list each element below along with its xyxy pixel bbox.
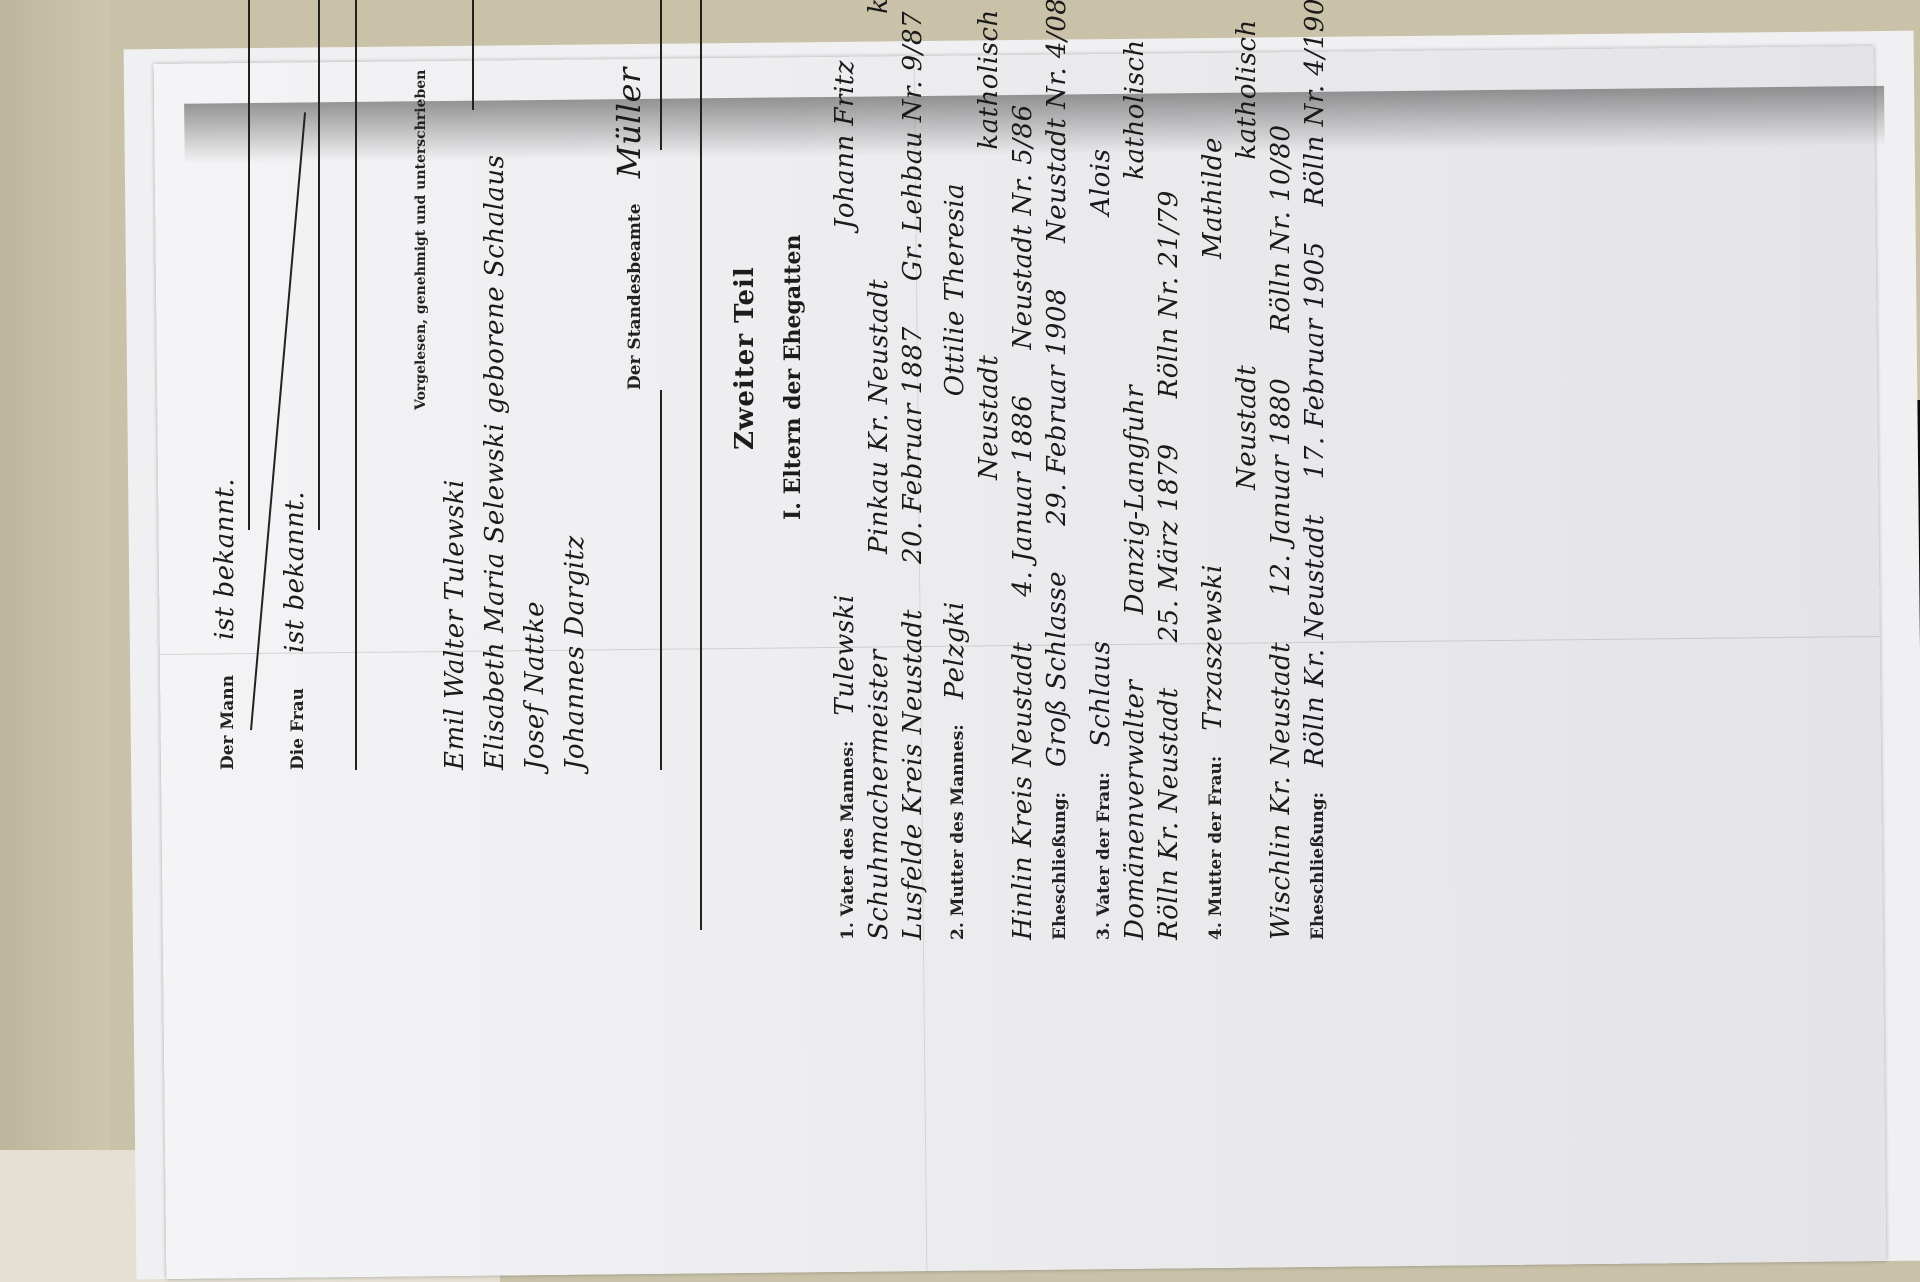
parent-surname: Tulewski — [830, 594, 860, 715]
underline — [318, 0, 320, 530]
parent-2-marriage: Eheschließung: Groß Schlasse 29. Februar… — [1042, 0, 1072, 940]
parent-label: 2. Mutter des Mannes: — [948, 724, 968, 940]
underline — [472, 0, 474, 110]
parent-surname: Trzaszewski — [1198, 564, 1228, 731]
woman-row: Die Frau ist bekannt. — [280, 491, 310, 770]
parent-1-line3: Lusfelde Kreis Neustadt 20. Februar 1887… — [898, 11, 928, 940]
parent-surname: Schlaus — [1086, 641, 1116, 748]
parent-label: 1. Vater des Mannes: — [838, 741, 858, 940]
parent-residence: Neustadt — [974, 355, 1004, 480]
parent-label: 4. Mutter der Frau: — [1206, 756, 1226, 940]
parent-3-line3: Rölln Kr. Neustadt 25. März 1879 Rölln N… — [1154, 190, 1184, 940]
parent-1: 1. Vater des Mannes: Tulewski Johann Fri… — [830, 60, 860, 940]
man-label: Der Mann — [218, 675, 238, 770]
underline — [355, 0, 357, 770]
woman-value: ist bekannt. — [280, 491, 310, 653]
parent-birthplace: Rölln Kr. Neustadt — [1154, 687, 1184, 940]
read-label-row: Vorgelesen, genehmigt und unterschrieben — [410, 70, 429, 410]
parent-label: 3. Vater der Frau: — [1094, 772, 1114, 940]
section-title: I. Eltern der Ehegatten — [780, 235, 806, 520]
rule — [700, 0, 702, 930]
parent-registry: Neustadt Nr. 5/86 — [1008, 104, 1038, 349]
registrar-label: Der Standesbeamte — [625, 203, 645, 390]
marriage-registry: Rölln Nr. 4/1905 — [1300, 0, 1330, 206]
parent-birthplace: Hinlin Kreis Neustadt — [1008, 642, 1038, 940]
parent-registry: Gr. Lehbau Nr. 9/87 — [898, 11, 928, 281]
woman-label: Die Frau — [288, 688, 308, 770]
parent-religion: katholisch — [864, 0, 894, 14]
marriage-place: Rölln Kr. Neustadt — [1300, 514, 1330, 767]
parent-birthdate: 25. März 1879 — [1154, 443, 1184, 642]
parent-religion: katholisch — [974, 9, 1004, 149]
parent-3: 3. Vater der Frau: Schlaus Alois — [1086, 149, 1116, 940]
parent-4-line2: Neustadt katholisch — [1232, 19, 1262, 940]
marriage-date: 29. Februar 1908 — [1042, 288, 1072, 526]
parent-birthplace: Lusfelde Kreis Neustadt — [898, 609, 928, 940]
parent-2: 2. Mutter des Mannes: Pelzgki Ottilie Th… — [940, 183, 970, 940]
background-wall — [0, 0, 110, 1282]
marriage-label: Eheschließung: — [1050, 792, 1070, 940]
parent-birthdate: 12. Januar 1880 — [1266, 378, 1296, 597]
marriage-date: 17. Februar 1905 — [1300, 241, 1330, 479]
parent-4: 4. Mutter der Frau: Trzaszewski Mathilde — [1198, 137, 1228, 940]
parent-residence: Neustadt — [1232, 365, 1262, 490]
marriage-label: Eheschließung: — [1308, 792, 1328, 940]
marriage-place: Groß Schlasse — [1042, 571, 1072, 767]
signature-line: Johannes Dargitz — [560, 535, 590, 770]
parent-given: Johann Fritz — [830, 60, 860, 229]
parent-occupation: Schuhmachermeister — [864, 649, 894, 940]
registrar-row: Der Standesbeamte Müller — [610, 67, 648, 390]
signature-line: Josef Nattke — [520, 601, 550, 770]
parent-1-line2: Schuhmachermeister Pinkau Kr. Neustadt k… — [864, 0, 894, 940]
marriage-registry: Neustadt Nr. 4/08 — [1042, 0, 1072, 243]
parent-4-marriage: Eheschließung: Rölln Kr. Neustadt 17. Fe… — [1300, 0, 1330, 940]
parent-4-line3: Wischlin Kr. Neustadt 12. Januar 1880 Rö… — [1266, 125, 1296, 940]
parent-2-line2: Neustadt katholisch — [974, 9, 1004, 940]
parent-religion: katholisch — [1120, 39, 1150, 179]
man-value: ist bekannt. — [210, 478, 240, 640]
parent-religion: katholisch — [1232, 19, 1262, 159]
part-title: Zweiter Teil — [730, 266, 760, 450]
parent-birthdate: 4. Januar 1886 — [1008, 395, 1038, 597]
signature-line: Emil Walter Tulewski — [440, 479, 470, 770]
parent-given: Ottilie Theresia — [940, 183, 970, 396]
registrar-signature: Müller — [610, 67, 648, 178]
parent-given: Mathilde — [1198, 137, 1228, 259]
parent-given: Alois — [1086, 149, 1116, 216]
parent-3-line2: Domänenverwalter Danzig-Langfuhr katholi… — [1120, 39, 1150, 940]
signature-line: Elisabeth Maria Selewski geborene Schala… — [480, 155, 510, 770]
parent-residence: Pinkau Kr. Neustadt — [864, 279, 894, 554]
underline — [660, 0, 662, 150]
parent-birthdate: 20. Februar 1887 — [898, 326, 928, 564]
parent-2-line3: Hinlin Kreis Neustadt 4. Januar 1886 Neu… — [1008, 104, 1038, 940]
underline — [248, 0, 250, 530]
man-row: Der Mann ist bekannt. — [210, 478, 240, 770]
parent-surname: Pelzgki — [940, 601, 970, 699]
marriage-record: Der Mann ist bekannt. Die Frau ist bekan… — [210, 50, 1810, 1150]
parent-occupation: Domänenverwalter — [1120, 680, 1150, 940]
parent-registry: Rölln Nr. 10/80 — [1266, 125, 1296, 333]
underline — [660, 390, 662, 770]
read-label: Vorgelesen, genehmigt und unterschrieben — [413, 70, 429, 410]
parent-residence: Danzig-Langfuhr — [1120, 385, 1150, 615]
parent-birthplace: Wischlin Kr. Neustadt — [1266, 642, 1296, 940]
parent-registry: Rölln Nr. 21/79 — [1154, 190, 1184, 398]
